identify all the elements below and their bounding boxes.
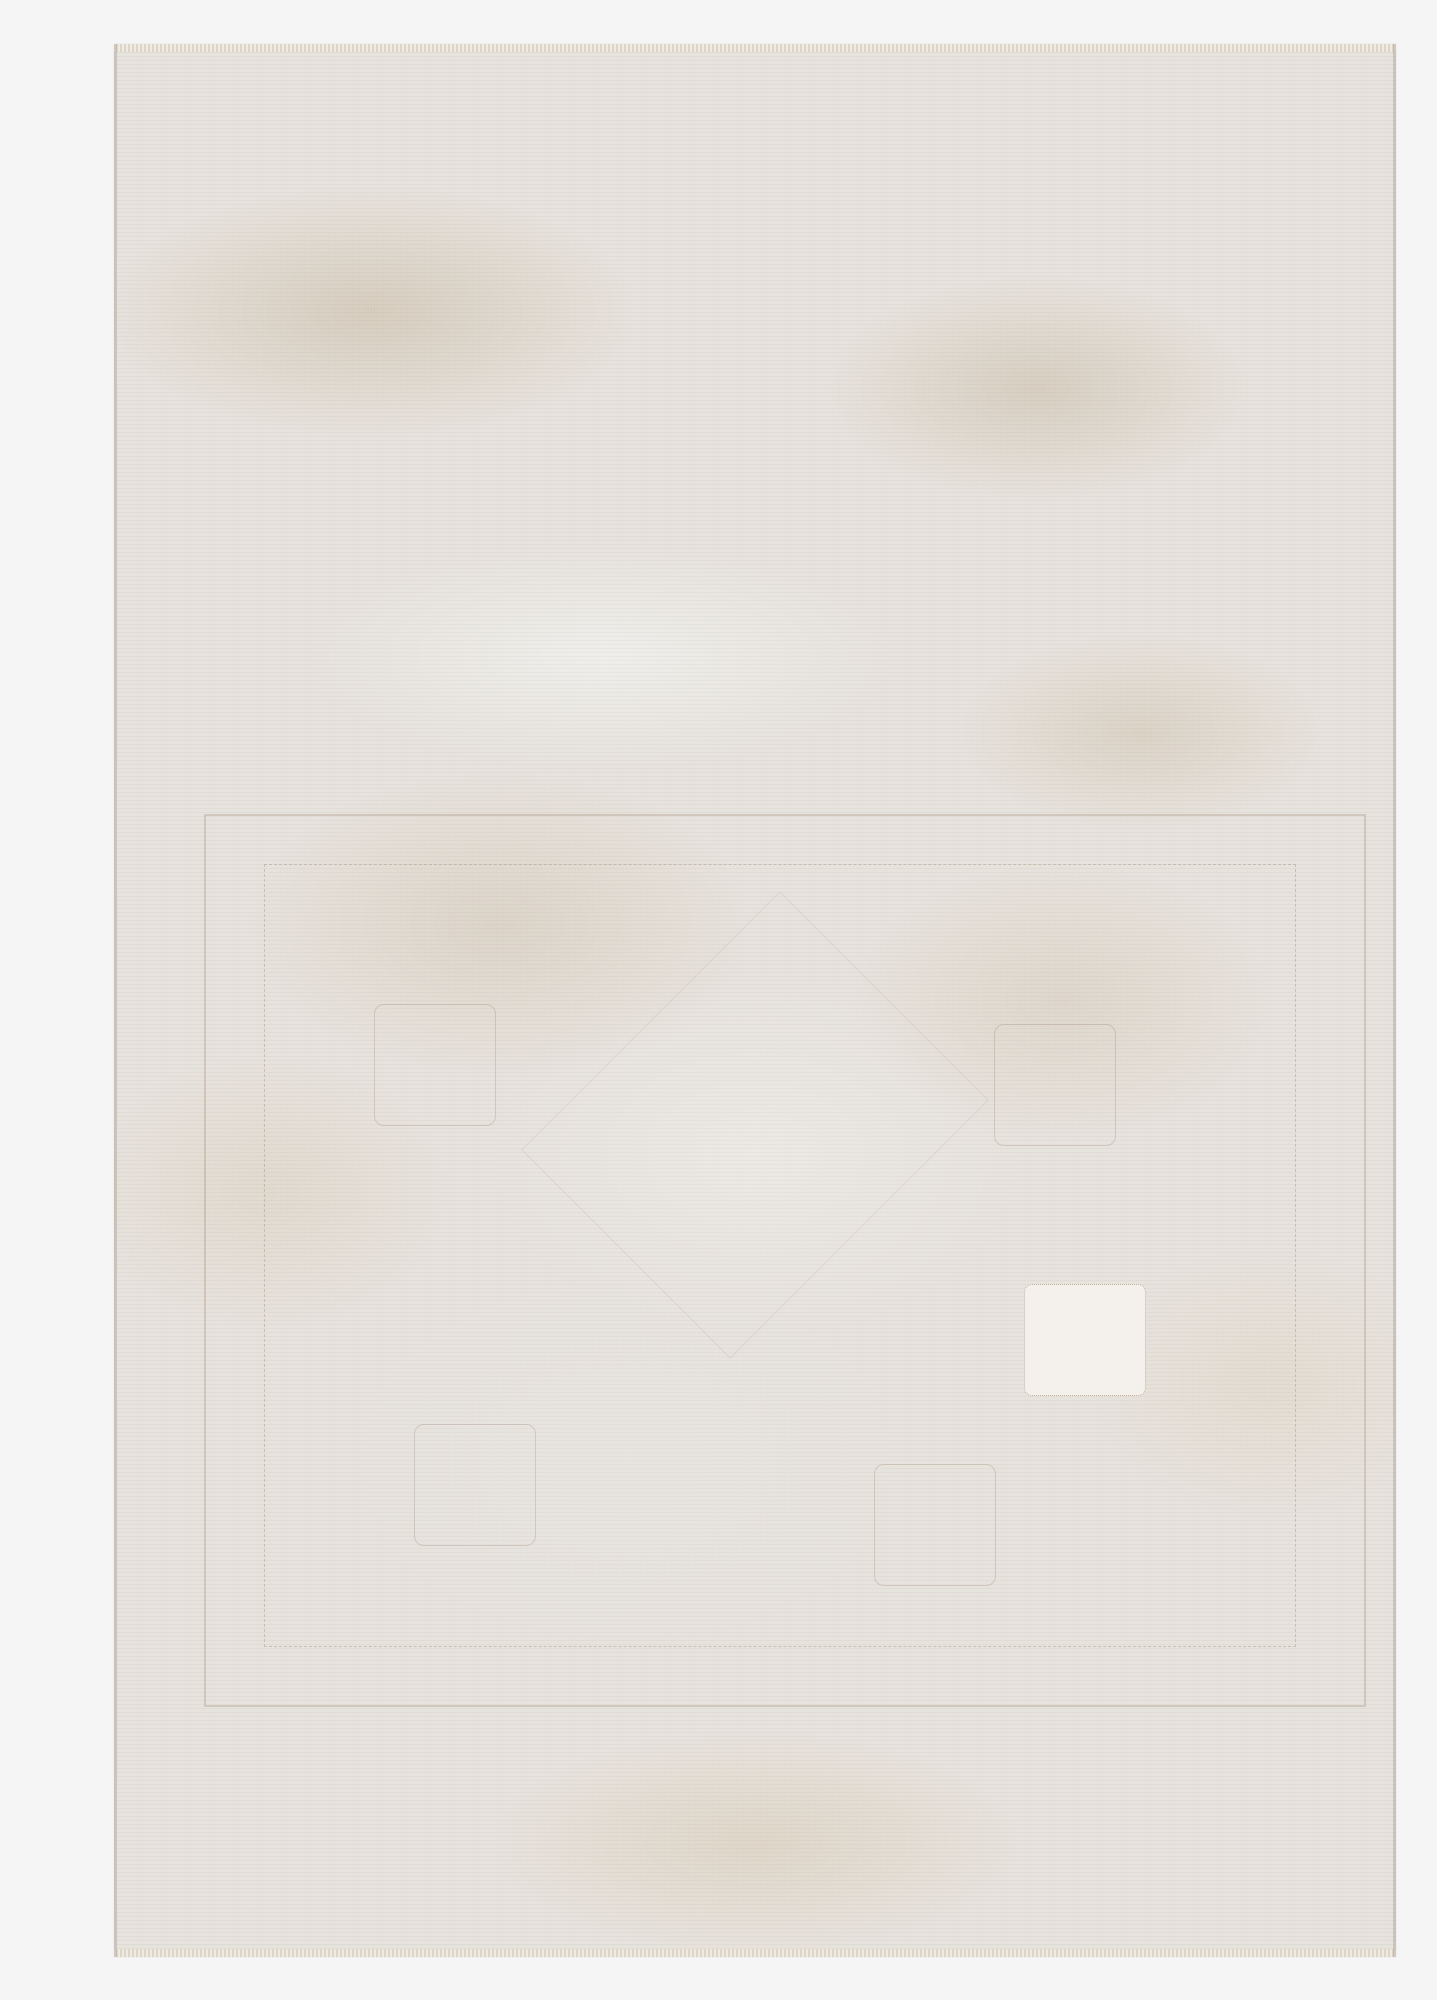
rug-edge-right: [1393, 44, 1396, 1957]
rug-pale-patch: [1024, 1284, 1146, 1396]
rug: [114, 44, 1396, 1957]
rug-motif: [874, 1464, 996, 1586]
photo-stage: [0, 0, 1437, 2000]
rug-fringe-bottom: [114, 1949, 1396, 1957]
rug-edge-left: [114, 44, 117, 1957]
rug-motif: [374, 1004, 496, 1126]
rug-motif: [994, 1024, 1116, 1146]
rug-fringe-top: [114, 44, 1396, 52]
rug-motif: [414, 1424, 536, 1546]
